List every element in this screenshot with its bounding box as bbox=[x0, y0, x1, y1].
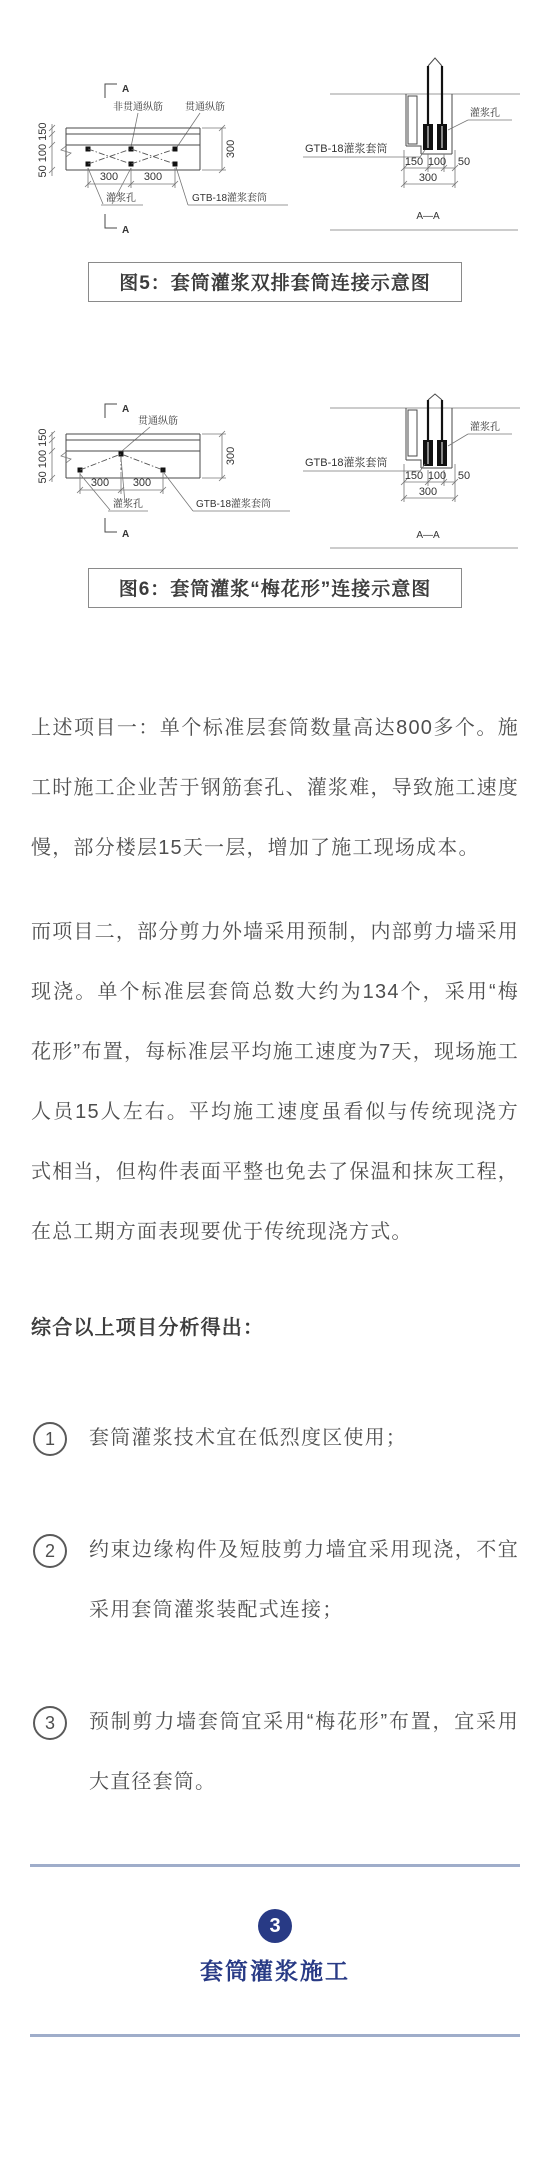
section-view-name: A—A bbox=[416, 211, 440, 222]
fig6-plan-view: A 贯通纵筋 50 100 150 300 300 300 灌浆孔 GTB-18… bbox=[37, 404, 290, 540]
conclusion-heading: 综合以上项目分析得出： bbox=[31, 1298, 519, 1358]
figure6-caption: 图6：套筒灌浆“梅花形”连接示意图 bbox=[88, 568, 462, 608]
list-item-text: 套筒灌浆技术宜在低烈度区使用； bbox=[89, 1408, 519, 1468]
grout-hole-label: 灌浆孔 bbox=[106, 191, 136, 204]
section-dim-100: 100 bbox=[428, 470, 446, 482]
section-marker-bottom: A bbox=[122, 529, 129, 540]
grout-hole-label: 灌浆孔 bbox=[470, 420, 500, 433]
non-through-rebar-label: 非贯通纵筋 bbox=[113, 100, 163, 113]
plan-right-dim: 300 bbox=[225, 447, 237, 465]
plan-dim-300-right: 300 bbox=[144, 171, 162, 183]
section-dim-50: 50 bbox=[458, 156, 470, 168]
figure6-diagram: A 贯通纵筋 50 100 150 300 300 300 灌浆孔 GTB-18… bbox=[0, 390, 550, 560]
figure6: A 贯通纵筋 50 100 150 300 300 300 灌浆孔 GTB-18… bbox=[0, 390, 550, 608]
circled-number-2: 2 bbox=[33, 1534, 67, 1568]
section-dim-150: 150 bbox=[405, 156, 423, 168]
list-item-text: 约束边缘构件及短肢剪力墙宜采用现浇，不宜采用套筒灌浆装配式连接； bbox=[89, 1520, 519, 1640]
section-number-badge: 3 bbox=[258, 1909, 292, 1943]
list-item: 1 套筒灌浆技术宜在低烈度区使用； bbox=[31, 1408, 519, 1468]
section-dim-300: 300 bbox=[419, 486, 437, 498]
figure5-caption: 图5：套筒灌浆双排套筒连接示意图 bbox=[88, 262, 462, 302]
paragraph-project-one: 上述项目一：单个标准层套筒数量高达800多个。施工时施工企业苦于钢筋套孔、灌浆难… bbox=[31, 698, 519, 878]
section-header-footer: 3 套筒灌浆施工 bbox=[0, 1864, 550, 2037]
section-title: 套筒灌浆施工 bbox=[0, 1953, 550, 1986]
fig5-plan-view: A 非贯通纵筋 贯通纵筋 50 100 150 300 300 bbox=[37, 84, 288, 236]
paragraph-project-two: 而项目二，部分剪力外墙采用预制，内部剪力墙采用现浇。单个标准层套筒总数大约为13… bbox=[31, 902, 519, 1262]
plan-dim-300-left: 300 bbox=[91, 477, 109, 489]
section-dim-300: 300 bbox=[419, 172, 437, 184]
list-item: 2 约束边缘构件及短肢剪力墙宜采用现浇，不宜采用套筒灌浆装配式连接； bbox=[31, 1520, 519, 1640]
section-dim-50: 50 bbox=[458, 470, 470, 482]
fig6-section-view: 灌浆孔 GTB-18灌浆套筒 150 100 50 300 A—A bbox=[303, 394, 520, 548]
sleeve-label: GTB-18灌浆套筒 bbox=[192, 191, 267, 204]
section-dim-150: 150 bbox=[405, 470, 423, 482]
section-dim-100: 100 bbox=[428, 156, 446, 168]
divider-bottom bbox=[30, 2034, 520, 2037]
conclusion-list: 1 套筒灌浆技术宜在低烈度区使用； 2 约束边缘构件及短肢剪力墙宜采用现浇，不宜… bbox=[31, 1408, 519, 1812]
plan-left-dims: 50 100 150 bbox=[37, 122, 49, 177]
through-rebar-label: 贯通纵筋 bbox=[185, 100, 225, 113]
through-rebar-label: 贯通纵筋 bbox=[138, 414, 178, 427]
plan-left-dims: 50 100 150 bbox=[37, 428, 49, 483]
list-item: 3 预制剪力墙套筒宜采用“梅花形”布置，宜采用大直径套筒。 bbox=[31, 1692, 519, 1812]
figure5: A 非贯通纵筋 贯通纵筋 50 100 150 300 300 bbox=[0, 18, 550, 302]
section-marker-bottom: A bbox=[122, 225, 129, 236]
figure5-diagram: A 非贯通纵筋 贯通纵筋 50 100 150 300 300 bbox=[0, 18, 550, 240]
section-marker-top: A bbox=[122, 84, 129, 95]
section-marker-top: A bbox=[122, 404, 129, 415]
plan-right-dim: 300 bbox=[225, 140, 237, 158]
sleeve-label: GTB-18灌浆套筒 bbox=[196, 497, 271, 510]
sleeve-label: GTB-18灌浆套筒 bbox=[305, 455, 388, 469]
fig5-section-view: 灌浆孔 GTB-18灌浆套筒 150 100 50 300 A—A bbox=[303, 58, 520, 230]
circled-number-3: 3 bbox=[33, 1706, 67, 1740]
divider-top bbox=[30, 1864, 520, 1867]
article-body: 上述项目一：单个标准层套筒数量高达800多个。施工时施工企业苦于钢筋套孔、灌浆难… bbox=[0, 698, 550, 1812]
plan-dim-300-left: 300 bbox=[100, 171, 118, 183]
section-view-name: A—A bbox=[416, 530, 440, 541]
circled-number-1: 1 bbox=[33, 1422, 67, 1456]
grout-hole-label: 灌浆孔 bbox=[113, 497, 143, 510]
grout-hole-label: 灌浆孔 bbox=[470, 106, 500, 119]
list-item-text: 预制剪力墙套筒宜采用“梅花形”布置，宜采用大直径套筒。 bbox=[89, 1692, 519, 1812]
sleeve-label: GTB-18灌浆套筒 bbox=[305, 141, 388, 155]
plan-dim-300-right: 300 bbox=[133, 477, 151, 489]
